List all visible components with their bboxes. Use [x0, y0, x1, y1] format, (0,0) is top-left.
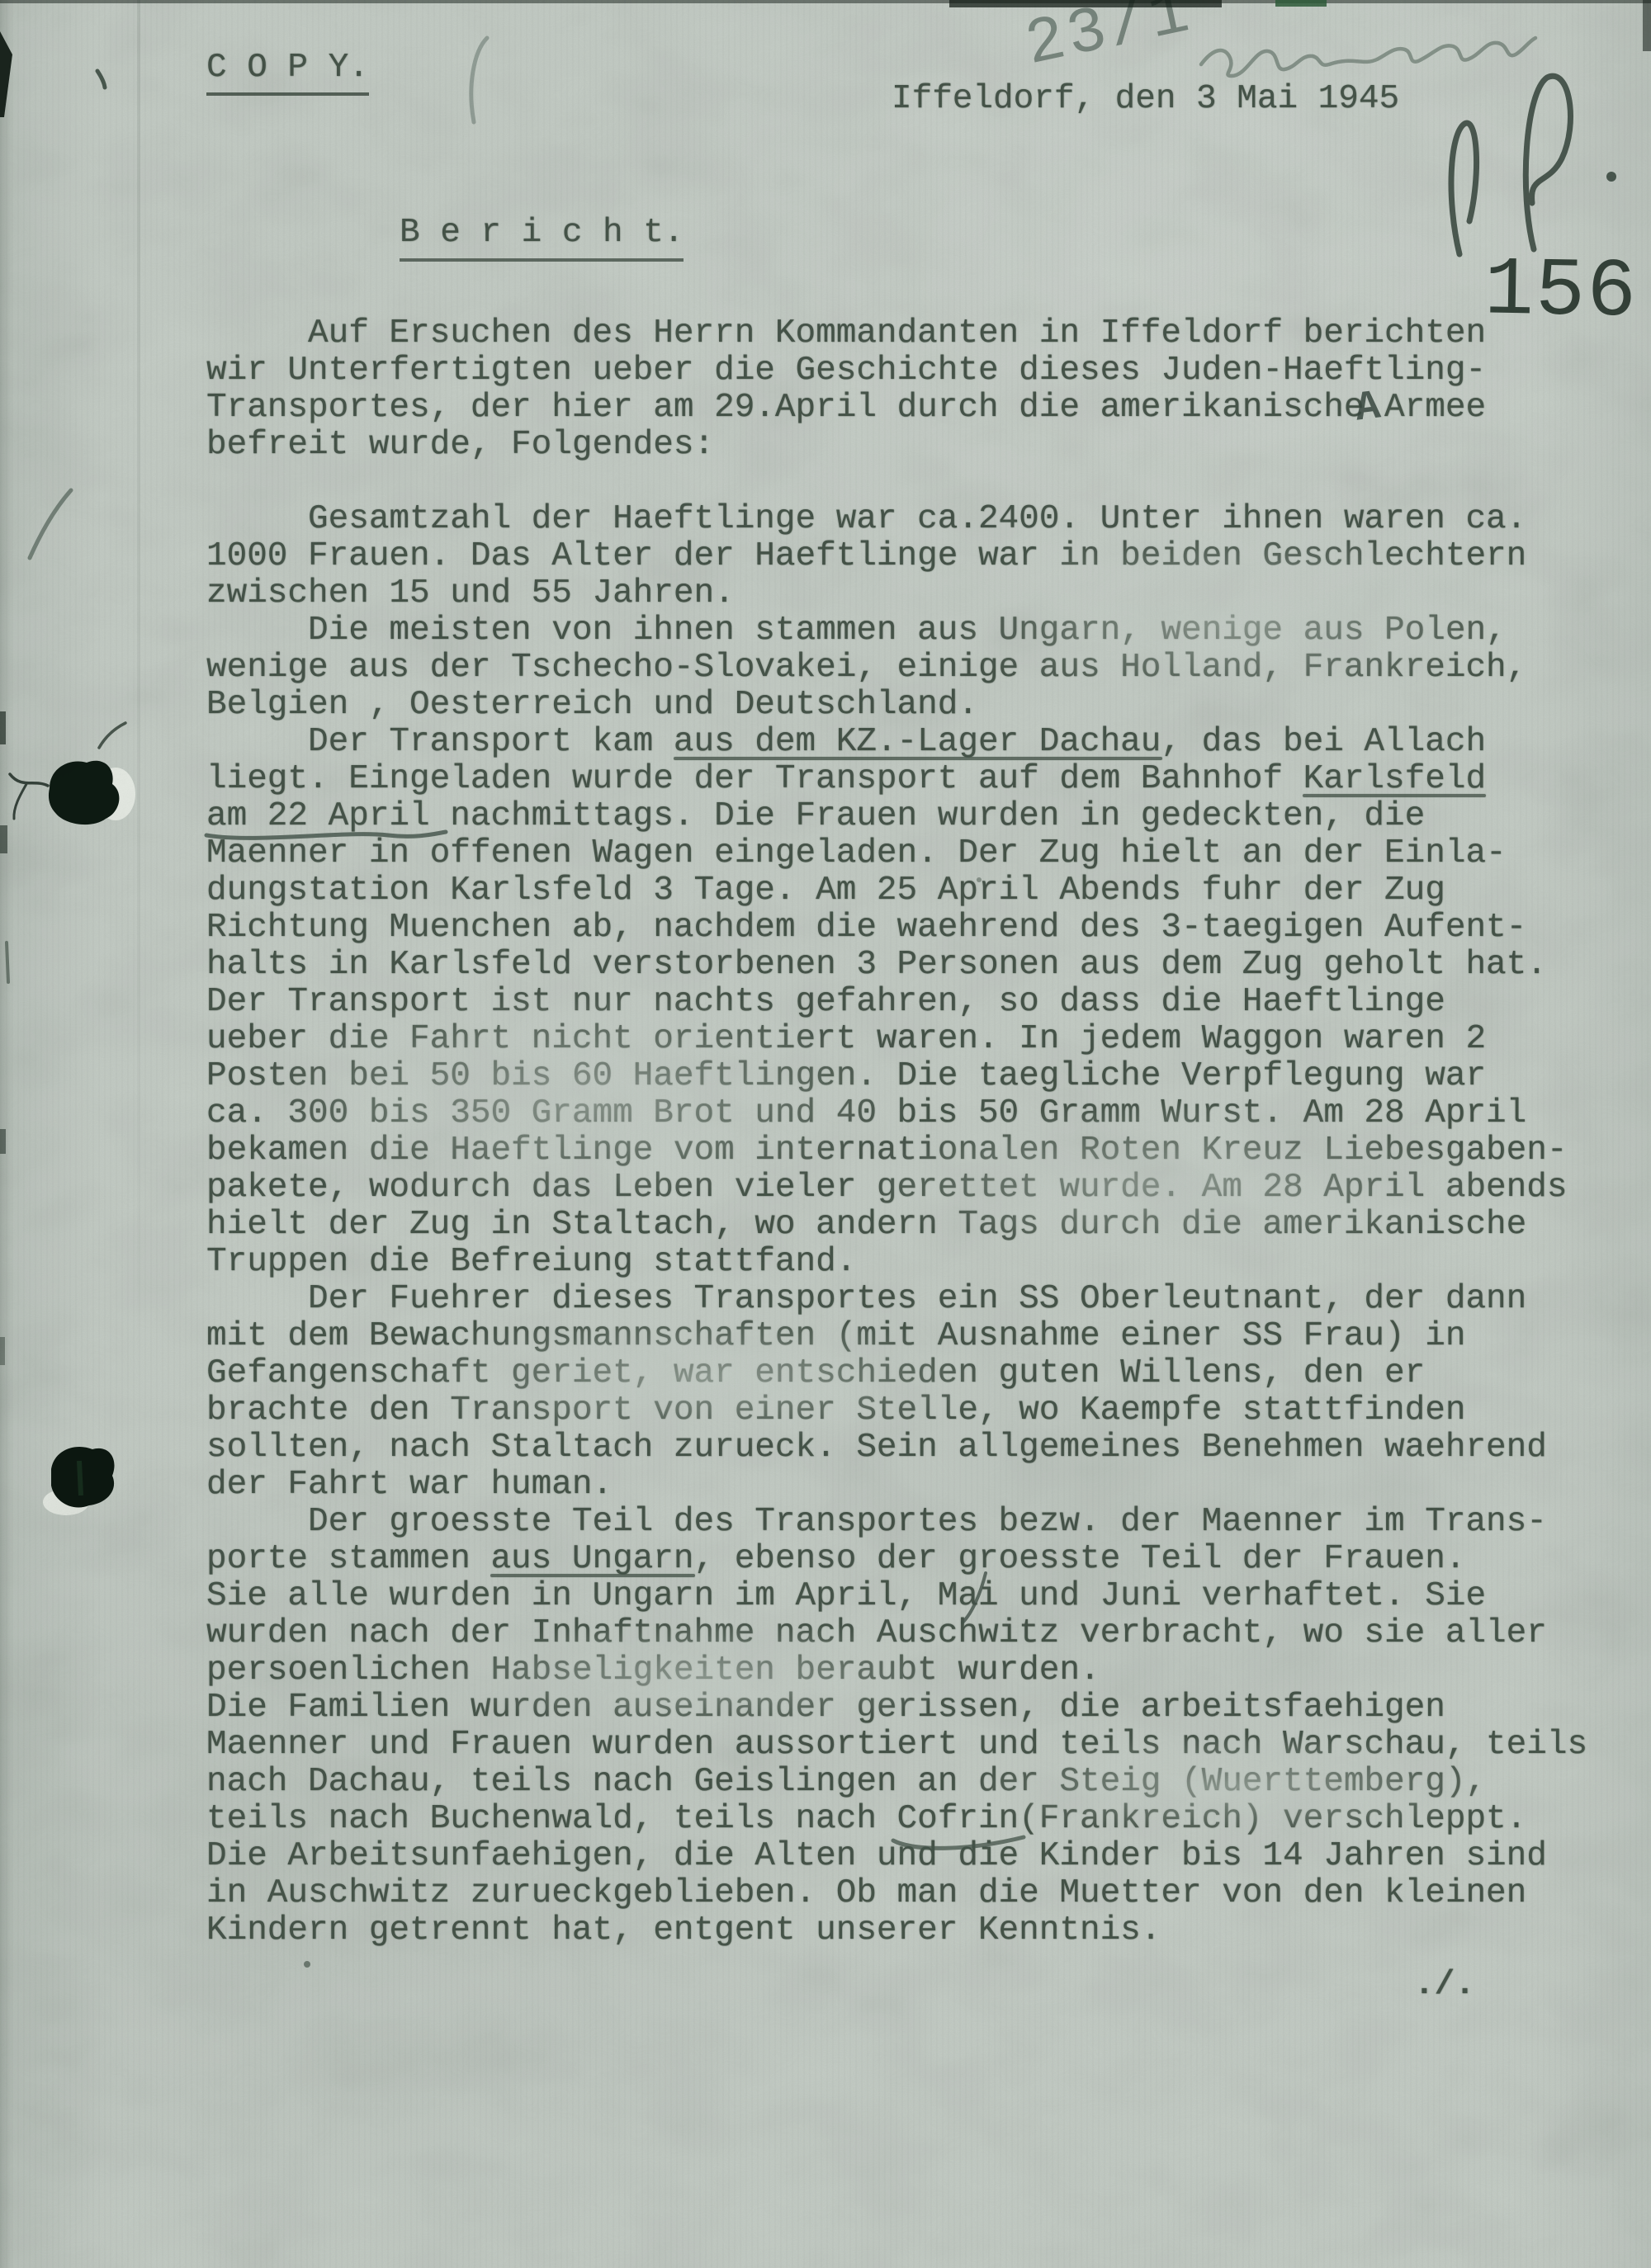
scan-edge-top	[0, 0, 1651, 3]
pen-stroke-curve	[471, 38, 487, 122]
paper-fleck	[304, 1961, 310, 1968]
underline-karlsfeld	[1303, 794, 1486, 797]
pen-loop-mark-2	[1526, 76, 1570, 249]
edge-mark	[0, 711, 6, 744]
scanned-document-sheet: C O P Y. Iffeldorf, den 3 Mai 1945 B e r…	[0, 0, 1651, 2268]
pen-loop-mark-1	[1451, 123, 1477, 254]
paper-crack	[14, 784, 26, 819]
pen-tick-mark	[97, 71, 105, 87]
handwritten-date-annotation: 23/1	[1019, 0, 1199, 83]
scan-edge-top-right	[1643, 0, 1651, 51]
paper-fold-line	[137, 0, 140, 1403]
paper-crack	[10, 774, 48, 786]
scan-edge-green-segment	[1275, 0, 1327, 7]
hole-punch-bottom	[51, 1447, 115, 1508]
edge-mark	[0, 1129, 6, 1154]
page-number: 156	[1483, 244, 1639, 340]
continuation-mark: ./.	[1414, 1967, 1475, 2004]
torn-paper-highlight	[43, 1489, 89, 1515]
report-body-text: Auf Ersuchen des Herrn Kommandanten in I…	[206, 315, 1587, 1949]
edge-mark	[0, 1337, 5, 1365]
edge-pen-stroke	[7, 943, 8, 982]
hole-inner-streak	[79, 1461, 81, 1495]
underline-kz-lager-dachau	[674, 757, 1162, 760]
pen-dot-mark	[1606, 172, 1616, 182]
torn-paper-highlight	[96, 768, 135, 820]
paper-crack	[99, 723, 125, 748]
copy-label: C O P Y.	[206, 50, 369, 96]
handwritten-scribble	[1201, 38, 1535, 76]
corner-tear-mark	[0, 31, 12, 117]
underline-aus-ungarn	[490, 1574, 695, 1577]
left-edge-shadow	[0, 0, 13, 2268]
edge-mark	[0, 825, 7, 853]
hole-punch-top	[49, 761, 119, 825]
report-title: B e r i c h t.	[400, 215, 684, 262]
dateline: Iffeldorf, den 3 Mai 1945	[892, 81, 1399, 118]
pen-slash-mark	[30, 490, 71, 558]
